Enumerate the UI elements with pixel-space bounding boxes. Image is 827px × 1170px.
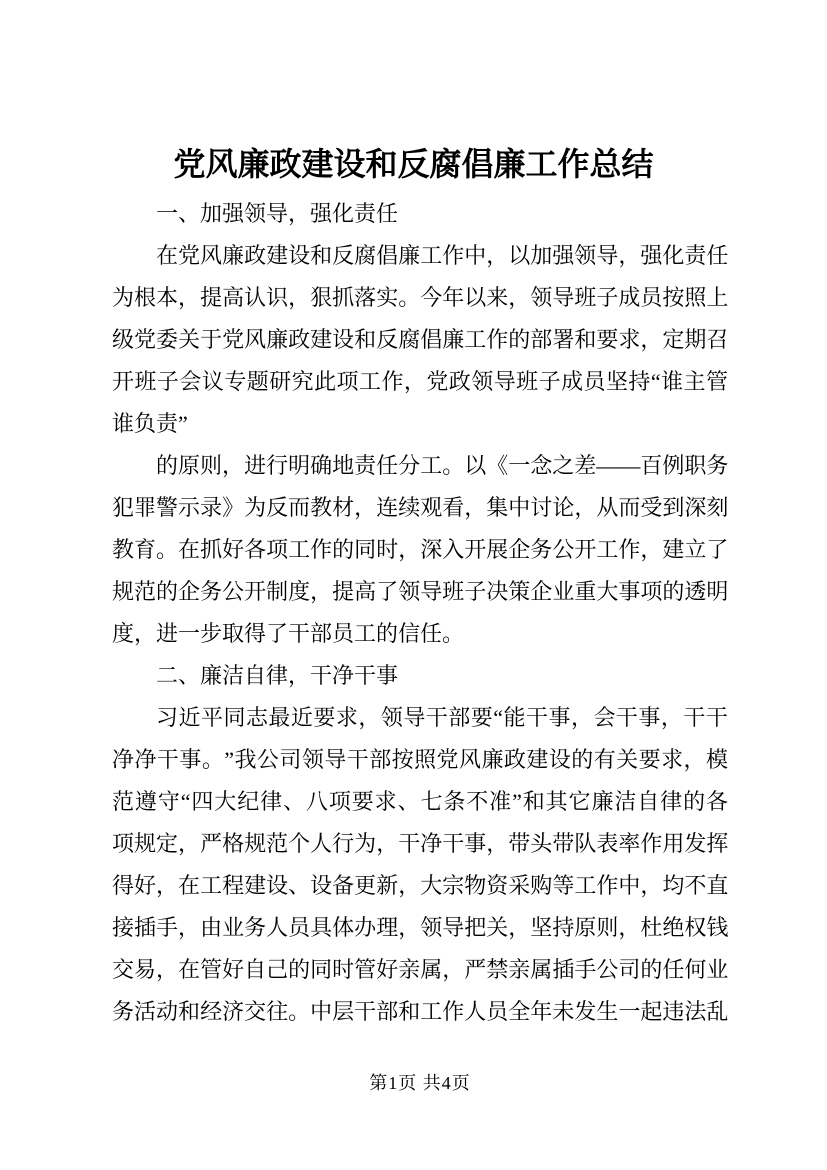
paragraph-line: 为根本，提高认识，狠抓落实。今年以来，领导班子成员按照上 bbox=[112, 277, 728, 319]
paragraph-line: 范遵守“四大纪律、八项要求、七条不准”和其它廉洁自律的各 bbox=[112, 781, 728, 823]
page-number-text: 第1页 共4页 bbox=[369, 1073, 471, 1093]
paragraph-line: 得好，在工程建设、设备更新，大宗物资采购等工作中，均不直 bbox=[112, 865, 728, 907]
paragraph-line: 在党风廉政建设和反腐倡廉工作中，以加强领导，强化责任 bbox=[112, 235, 728, 277]
section-heading-line: 二、廉洁自律，干净干事 bbox=[112, 655, 728, 697]
document-body: 一、加强领导，强化责任在党风廉政建设和反腐倡廉工作中，以加强领导，强化责任为根本… bbox=[112, 193, 728, 1033]
paragraph-line: 犯罪警示录》为反而教材，连续观看，集中讨论，从而受到深刻 bbox=[112, 487, 728, 529]
paragraph-line: 教育。在抓好各项工作的同时，深入开展企务公开工作，建立了 bbox=[112, 529, 728, 571]
paragraph-line: 谁负责” bbox=[112, 403, 728, 445]
paragraph-line: 项规定，严格规范个人行为，干净干事，带头带队表率作用发挥 bbox=[112, 823, 728, 865]
paragraph-line: 度，进一步取得了干部员工的信任。 bbox=[112, 613, 728, 655]
document-title: 党风廉政建设和反腐倡廉工作总结 bbox=[0, 140, 827, 188]
paragraph-line: 净净干事。”我公司领导干部按照党风廉政建设的有关要求，模 bbox=[112, 739, 728, 781]
paragraph-line: 务活动和经济交往。中层干部和工作人员全年未发生一起违法乱 bbox=[112, 991, 728, 1033]
paragraph-line: 级党委关于党风廉政建设和反腐倡廉工作的部署和要求，定期召 bbox=[112, 319, 728, 361]
paragraph-line: 习近平同志最近要求，领导干部要“能干事，会干事，干干 bbox=[112, 697, 728, 739]
page-footer: 第1页 共4页 bbox=[112, 1070, 728, 1096]
document-page: 党风廉政建设和反腐倡廉工作总结 一、加强领导，强化责任在党风廉政建设和反腐倡廉工… bbox=[0, 0, 827, 1170]
section-heading-line: 一、加强领导，强化责任 bbox=[112, 193, 728, 235]
paragraph-line: 开班子会议专题研究此项工作，党政领导班子成员坚持“谁主管 bbox=[112, 361, 728, 403]
paragraph-line: 接插手，由业务人员具体办理，领导把关，坚持原则，杜绝权钱 bbox=[112, 907, 728, 949]
paragraph-line: 交易，在管好自己的同时管好亲属，严禁亲属插手公司的任何业 bbox=[112, 949, 728, 991]
paragraph-line: 的原则，进行明确地责任分工。以《一念之差——百例职务 bbox=[112, 445, 728, 487]
paragraph-line: 规范的企务公开制度，提高了领导班子决策企业重大事项的透明 bbox=[112, 571, 728, 613]
